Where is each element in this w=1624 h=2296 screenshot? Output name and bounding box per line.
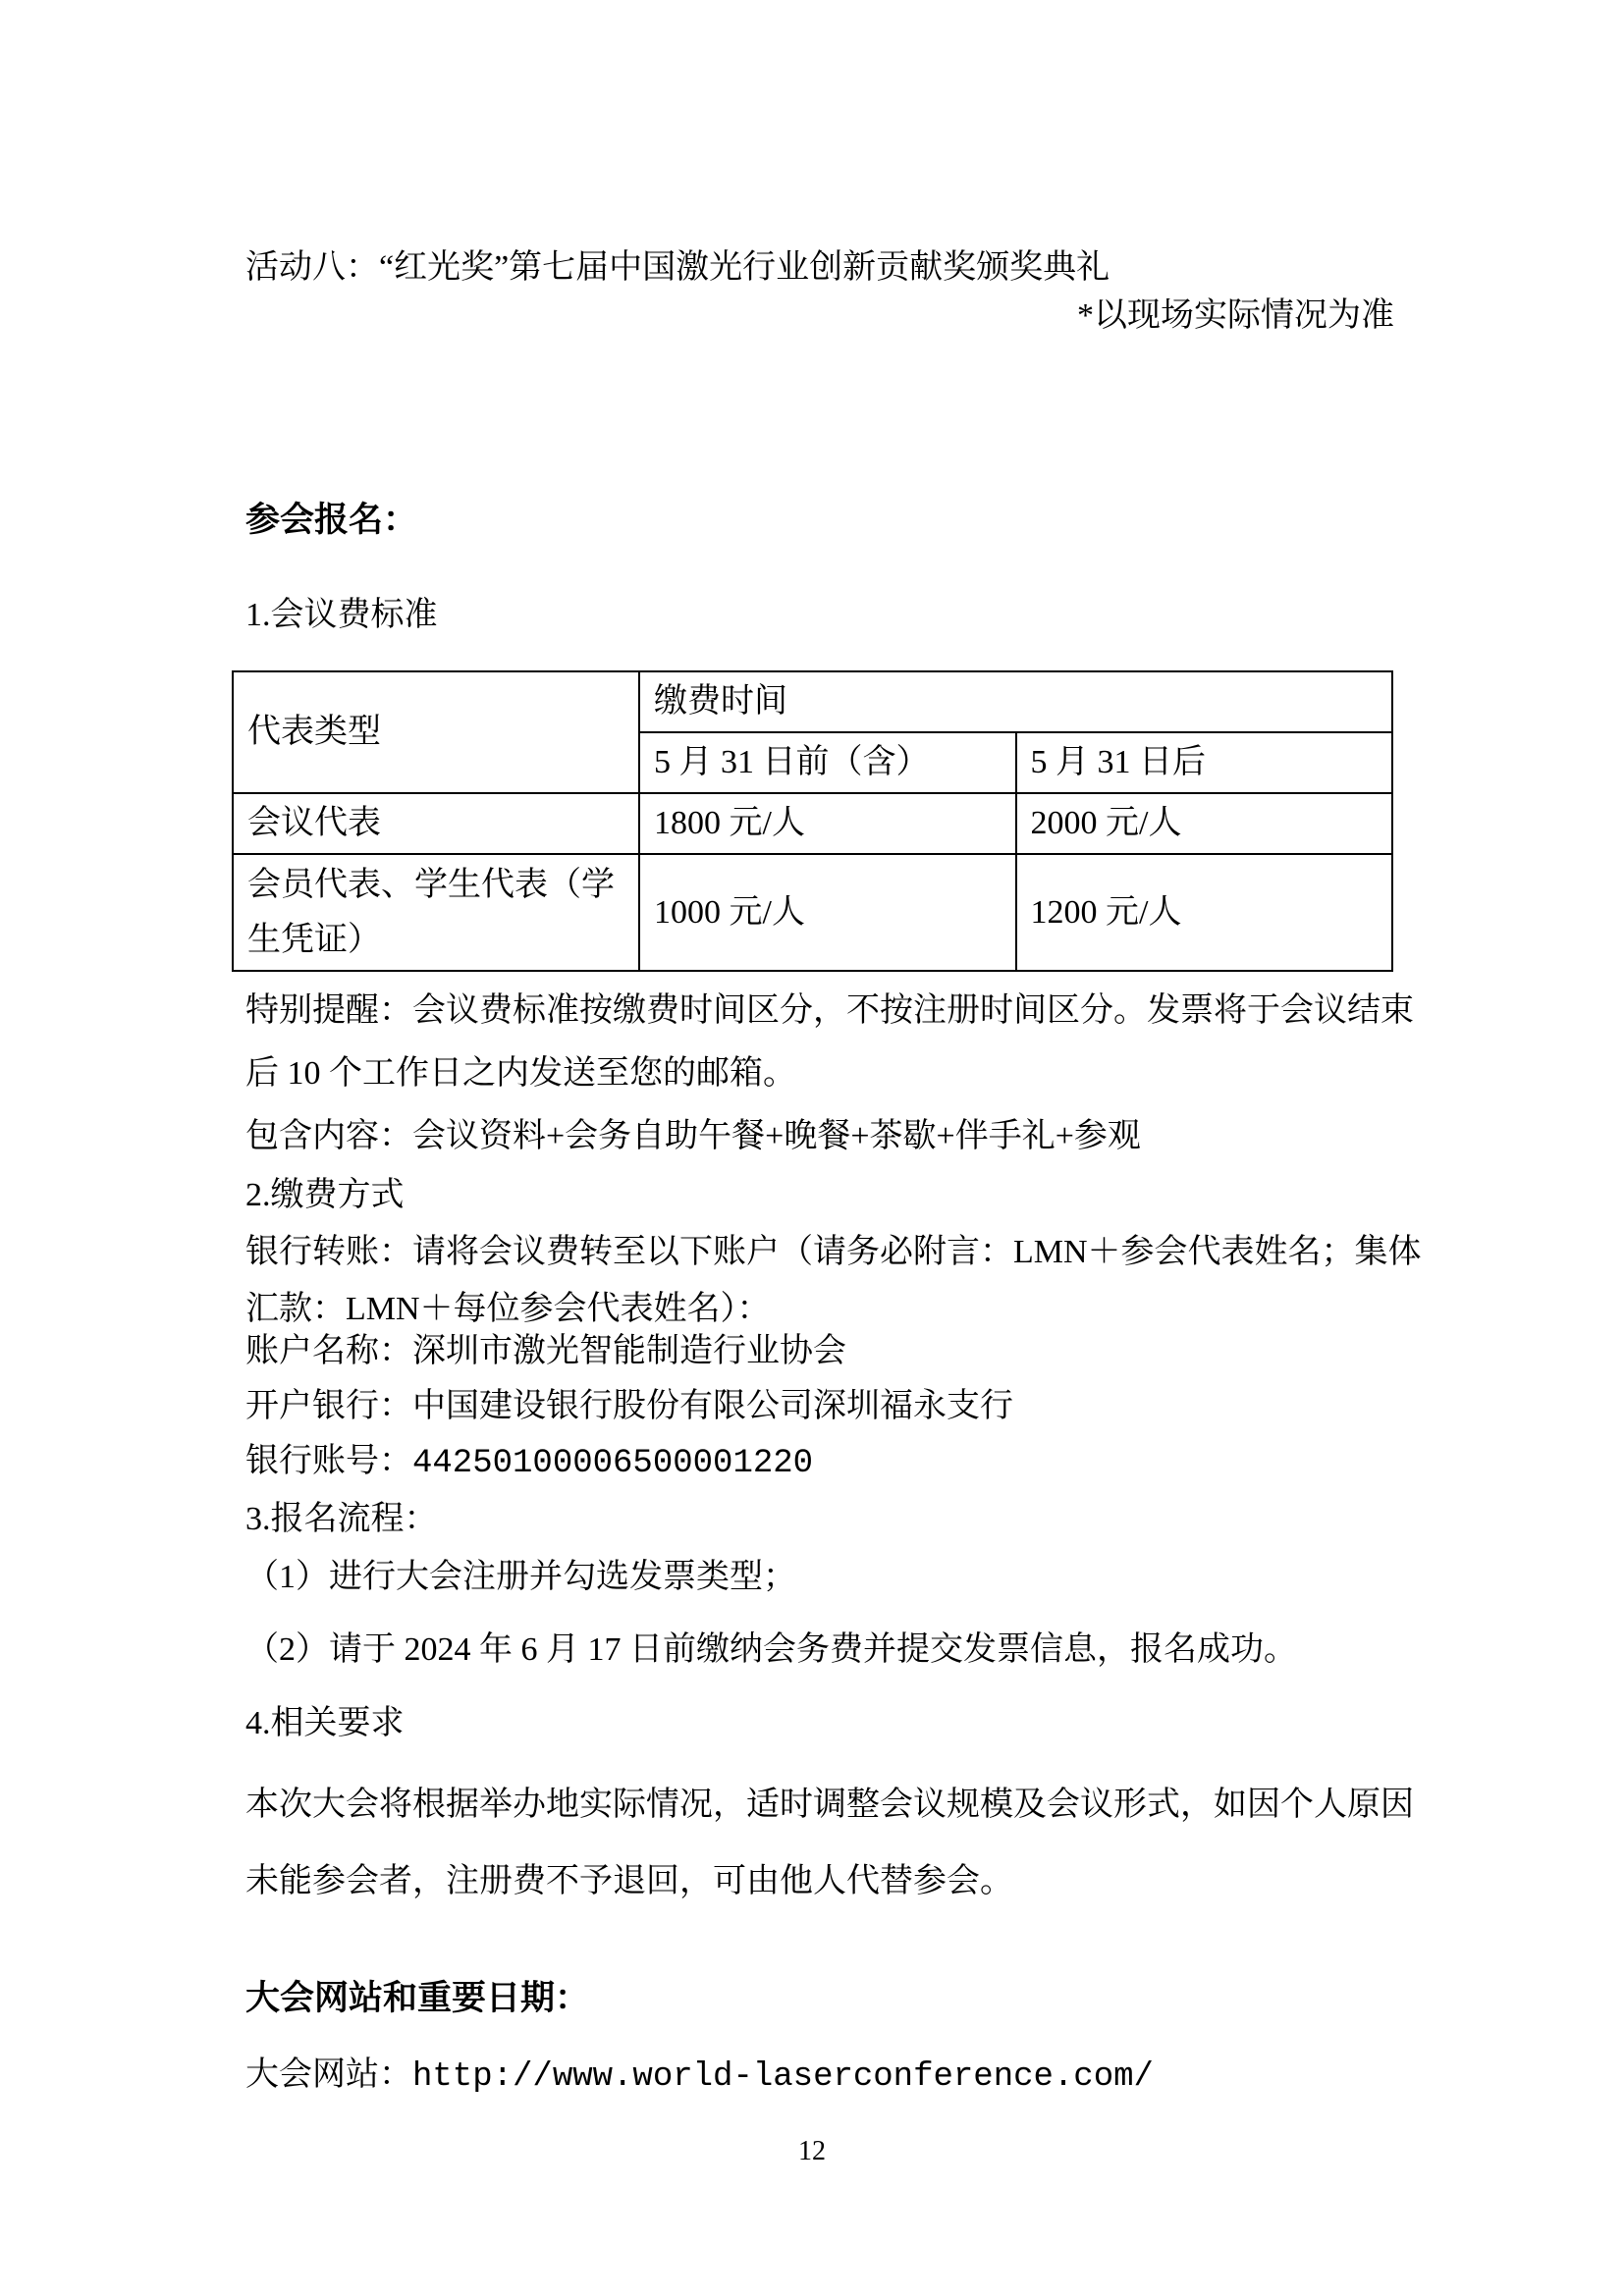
fee-standard-heading: 1.会议费标准 xyxy=(245,596,438,634)
website-label: 大会网站： xyxy=(245,2056,412,2093)
fee-table-header-after-date: 5 月 31 日后 xyxy=(1016,732,1393,793)
process-step-1: （1）进行大会注册并勾选发票类型； xyxy=(245,1558,796,1596)
fee-table-header-delegate-type: 代表类型 xyxy=(233,671,639,793)
fee-table-header-payment-time: 缴费时间 xyxy=(639,671,1392,732)
registration-process-heading: 3.报名流程： xyxy=(245,1500,438,1538)
activity-eight-line: 活动八：“红光奖”第七届中国激光行业创新贡献奖颁奖典礼 xyxy=(245,248,1110,287)
bank-transfer-line-1: 银行转账：请将会议费转至以下账户（请务必附言：LMN＋参会代表姓名；集体 xyxy=(245,1233,1422,1271)
account-number-value: 44250100006500001220 xyxy=(412,1445,813,1482)
account-number-line: 银行账号：44250100006500001220 xyxy=(245,1442,813,1483)
document-page: 活动八：“红光奖”第七届中国激光行业创新贡献奖颁奖典礼 *以现场实际情况为准 参… xyxy=(0,0,1624,2296)
account-number-label: 银行账号： xyxy=(245,1443,412,1479)
fee-table-cell-delegate-after: 2000 元/人 xyxy=(1016,793,1393,854)
process-step-2: （2）请于 2024 年 6 月 17 日前缴纳会务费并提交发票信息，报名成功。 xyxy=(245,1630,1297,1669)
included-content-line: 包含内容：会议资料+会务自助午餐+晚餐+茶歇+伴手礼+参观 xyxy=(245,1117,1141,1155)
fee-table-cell-member-after: 1200 元/人 xyxy=(1016,854,1393,971)
fee-table-cell-delegate-type: 会议代表 xyxy=(233,793,639,854)
website-line: 大会网站：http://www.world-laserconference.co… xyxy=(245,2056,1154,2097)
page-number: 12 xyxy=(0,2136,1624,2167)
website-url: http://www.world-laserconference.com/ xyxy=(412,2058,1154,2096)
requirements-line-2: 未能参会者，注册费不予退回，可由他人代替参会。 xyxy=(245,1862,1013,1900)
fee-table-cell-member-before: 1000 元/人 xyxy=(639,854,1016,971)
onsite-note-line: *以现场实际情况为准 xyxy=(1077,296,1394,335)
requirements-line-1: 本次大会将根据举办地实际情况，适时调整会议规模及会议形式，如因个人原因 xyxy=(245,1786,1414,1824)
payment-method-heading: 2.缴费方式 xyxy=(245,1176,405,1214)
registration-heading: 参会报名： xyxy=(245,501,417,540)
special-reminder-line-2: 后 10 个工作日之内发送至您的邮箱。 xyxy=(245,1054,796,1093)
fee-table-header-before-date: 5 月 31 日前（含） xyxy=(639,732,1016,793)
fee-table-row-delegate: 会议代表 1800 元/人 2000 元/人 xyxy=(233,793,1392,854)
bank-branch-line: 开户银行：中国建设银行股份有限公司深圳福永支行 xyxy=(245,1387,1013,1425)
fee-table-row-member-student: 会员代表、学生代表（学生凭证） 1000 元/人 1200 元/人 xyxy=(233,854,1392,971)
special-reminder-line-1: 特别提醒：会议费标准按缴费时间区分，不按注册时间区分。发票将于会议结束 xyxy=(245,991,1414,1030)
bank-transfer-line-2: 汇款：LMN＋每位参会代表姓名）： xyxy=(245,1290,771,1328)
fee-table: 代表类型 缴费时间 5 月 31 日前（含） 5 月 31 日后 会议代表 18… xyxy=(232,670,1393,972)
fee-table-header-row-1: 代表类型 缴费时间 xyxy=(233,671,1392,732)
fee-table-body: 代表类型 缴费时间 5 月 31 日前（含） 5 月 31 日后 会议代表 18… xyxy=(233,671,1392,971)
fee-table-cell-delegate-before: 1800 元/人 xyxy=(639,793,1016,854)
related-requirements-heading: 4.相关要求 xyxy=(245,1704,405,1742)
fee-table-cell-member-type: 会员代表、学生代表（学生凭证） xyxy=(233,854,639,971)
account-name-line: 账户名称：深圳市激光智能制造行业协会 xyxy=(245,1332,846,1370)
website-dates-heading: 大会网站和重要日期： xyxy=(245,1979,589,2018)
